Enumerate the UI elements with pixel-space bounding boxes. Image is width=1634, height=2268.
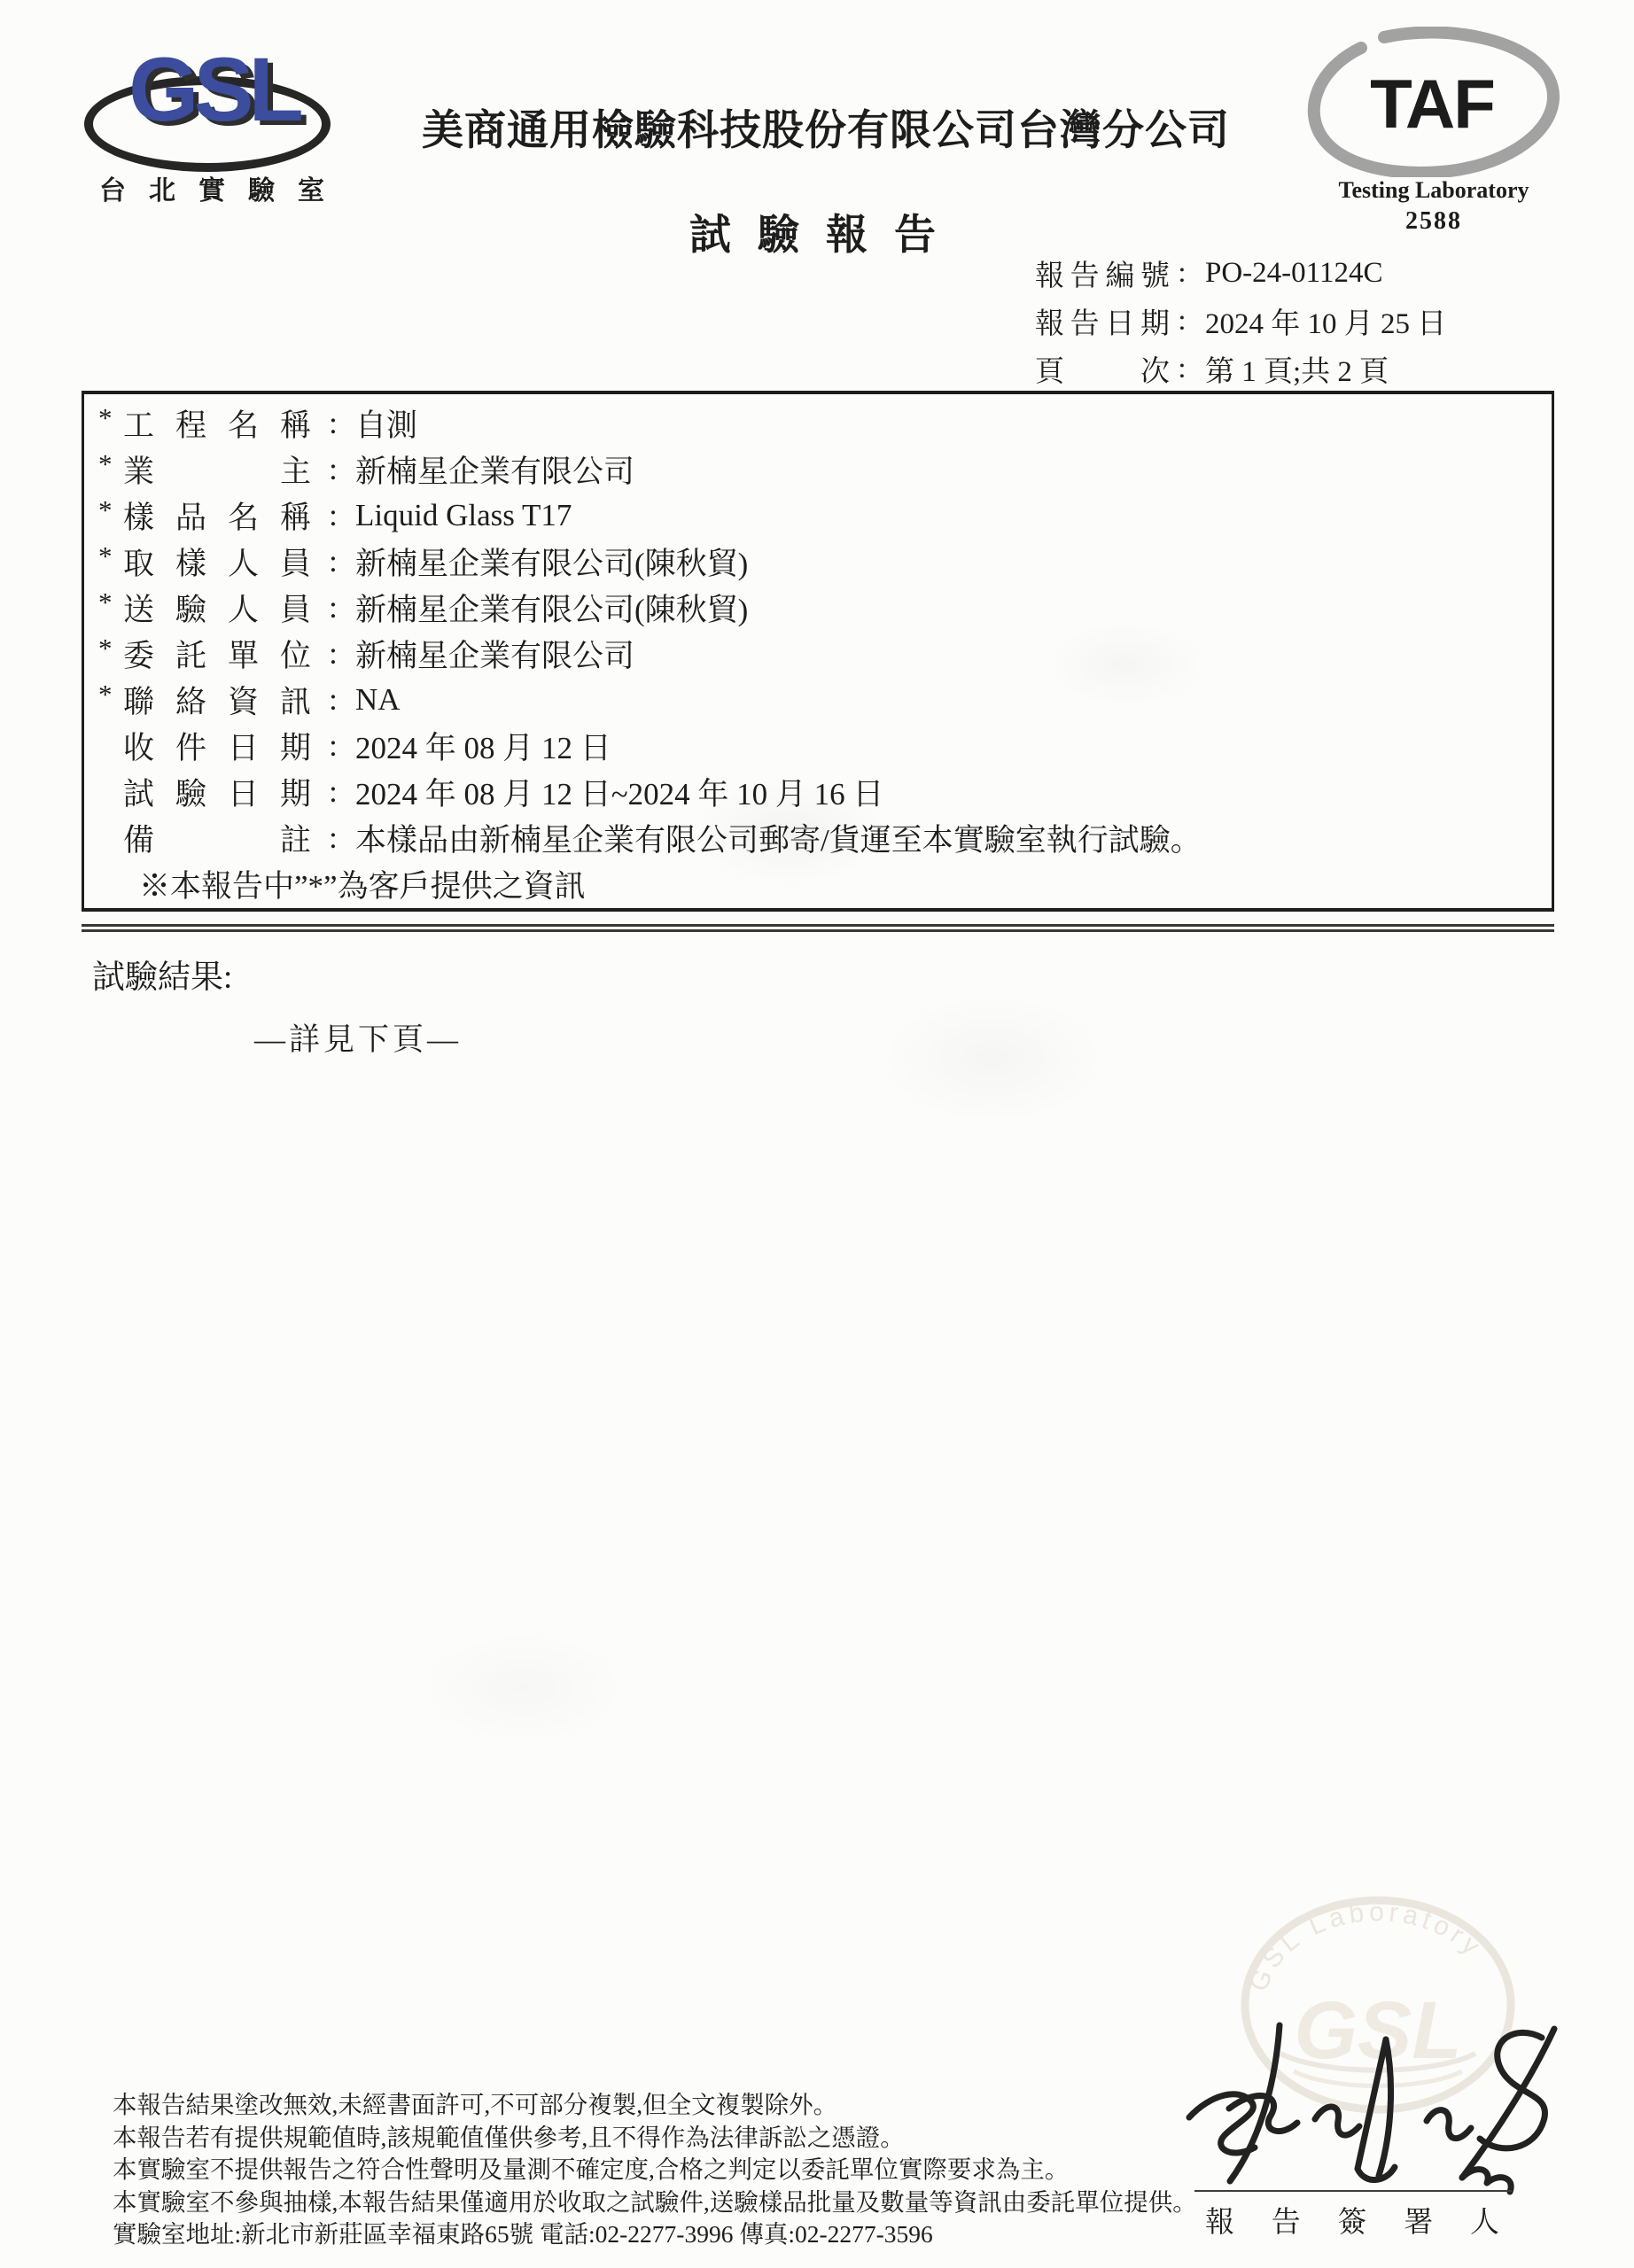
scan-blotch (416, 1630, 629, 1745)
sample-info-row: * 工程名稱 : 自測 (84, 400, 1552, 447)
sample-info-label: 業主 (123, 447, 311, 492)
sample-info-colon: : (311, 728, 355, 764)
taf-logo: TAF Testing Laboratory 2588 (1283, 25, 1593, 246)
taf-logo-text: TAF (1299, 64, 1565, 144)
results-heading: 試驗結果: (92, 950, 232, 998)
sample-info-colon: : (311, 774, 355, 810)
scanned-test-report-page: { "header": { "gsl": { "logo_text": "GSL… (0, 0, 1634, 2268)
sample-info-row: * 試驗日期 : 2024 年 08 月 12 日~2024 年 10 月 16… (84, 769, 1552, 815)
results-see-next-page: —詳見下頁— (254, 1015, 462, 1060)
asterisk-mark: * (84, 586, 123, 618)
report-info-label: 報告編號 (1035, 252, 1170, 294)
sample-info-value: 2024 年 08 月 12 日~2024 年 10 月 16 日 (355, 770, 1552, 814)
gsl-lab-name: 台北實驗室 (99, 168, 347, 207)
sample-info-value: 新楠星企業有限公司(陳秋貿) (355, 586, 1552, 630)
sample-info-row: * 聯絡資訊 : NA (84, 677, 1552, 723)
asterisk-mark: * (84, 679, 123, 711)
sample-info-colon: : (311, 820, 355, 856)
disclaimer-line: 本實驗室不參與抽樣,本報告結果僅適用於收取之試驗件,送驗樣品批量及數量等資訊由委… (113, 2186, 1197, 2219)
report-info-colon: : (1170, 257, 1194, 290)
signature-line (1194, 2190, 1512, 2192)
sample-info-colon: : (311, 544, 355, 579)
sample-info-row: * 委託單位 : 新楠星企業有限公司 (84, 631, 1552, 677)
sample-info-colon: : (311, 406, 355, 441)
sample-info-value: 自測 (355, 401, 1552, 446)
sample-info-label: 收件日期 (123, 724, 311, 768)
asterisk-note: ※本報告中”*”為客戶提供之資訊 (84, 861, 1552, 907)
taf-label: Testing Laboratory (1283, 177, 1584, 204)
sample-info-value: 2024 年 08 月 12 日 (355, 724, 1552, 768)
report-info-value: 第 1 頁;共 2 頁 (1205, 348, 1389, 390)
sample-info-label: 取樣人員 (123, 540, 311, 584)
sample-info-value: NA (355, 682, 1552, 718)
asterisk-mark: * (84, 402, 123, 434)
disclaimer-line: 本報告若有提供規範值時,該規範值僅供參考,且不得作為法律訴訟之憑證。 (113, 2122, 1197, 2155)
disclaimer-line: 本報告結果塗改無效,未經書面許可,不可部分複製,但全文複製除外。 (113, 2089, 1197, 2122)
scan-blotch (877, 992, 1108, 1125)
sample-info-row: * 樣品名稱 : Liquid Glass T17 (84, 493, 1552, 539)
report-info-block: 報告編號 : PO-24-01124C 報告日期 : 2024 年 10 月 2… (1035, 249, 1567, 392)
sample-info-colon: : (311, 452, 355, 487)
sample-info-colon: : (311, 636, 355, 672)
sample-info-label: 樣品名稱 (123, 493, 311, 538)
disclaimer-line: 本實驗室不提供報告之符合性聲明及量測不確定度,合格之判定以委託單位實際要求為主。 (113, 2154, 1197, 2186)
sample-info-colon: : (311, 682, 355, 718)
sample-info-value: 本樣品由新楠星企業有限公司郵寄/貨運至本實驗室執行試驗。 (355, 816, 1552, 860)
sample-info-label: 備註 (123, 816, 311, 860)
signature-handwriting (1180, 2020, 1561, 2202)
sample-info-label: 工程名稱 (123, 401, 311, 446)
sample-info-row: * 備註 : 本樣品由新楠星企業有限公司郵寄/貨運至本實驗室執行試驗。 (84, 815, 1552, 861)
report-info-label: 報告日期 (1035, 300, 1170, 342)
footer-disclaimers: 本報告結果塗改無效,未經書面許可,不可部分複製,但全文複製除外。 本報告若有提供… (113, 2089, 1197, 2251)
report-info-colon: : (1170, 353, 1194, 385)
double-rule-divider (82, 924, 1554, 932)
sample-info-label: 委託單位 (123, 632, 311, 676)
sample-info-value: Liquid Glass T17 (355, 498, 1552, 533)
report-info-row: 頁次 : 第 1 頁;共 2 頁 (1035, 345, 1567, 392)
asterisk-mark: * (84, 448, 123, 480)
gsl-logo: GSL (103, 44, 324, 135)
report-title: 試驗報告 (689, 202, 962, 261)
report-info-value: PO-24-01124C (1205, 257, 1382, 290)
taf-accreditation-number: 2588 (1283, 207, 1584, 236)
company-name-title: 美商通用檢驗科技股份有限公司台灣分公司 (422, 97, 1230, 157)
sample-info-value: 新楠星企業有限公司 (355, 632, 1552, 676)
report-info-colon: : (1170, 305, 1194, 338)
report-info-row: 報告編號 : PO-24-01124C (1035, 249, 1567, 297)
report-info-label: 頁次 (1035, 348, 1170, 390)
asterisk-mark: * (84, 494, 123, 526)
sample-info-row: * 送驗人員 : 新楠星企業有限公司(陳秋貿) (84, 585, 1552, 631)
sample-info-row: * 取樣人員 : 新楠星企業有限公司(陳秋貿) (84, 539, 1552, 585)
asterisk-mark: * (84, 633, 123, 664)
report-info-row: 報告日期 : 2024 年 10 月 25 日 (1035, 297, 1567, 345)
sample-info-value: 新楠星企業有限公司 (355, 447, 1552, 492)
signature-caption: 報告簽署人 (1205, 2199, 1499, 2241)
disclaimer-line: 實驗室地址:新北市新莊區幸福東路65號 電話:02-2277-3996 傳真:0… (113, 2218, 1197, 2251)
sample-info-row: * 收件日期 : 2024 年 08 月 12 日 (84, 723, 1552, 769)
svg-text:GSL Laboratory: GSL Laboratory (1243, 1898, 1488, 1996)
watermark-arc-text: GSL Laboratory (1243, 1898, 1488, 1996)
sample-info-label: 送驗人員 (123, 586, 311, 630)
sample-info-colon: : (311, 590, 355, 625)
sample-info-colon: : (311, 498, 355, 533)
report-info-value: 2024 年 10 月 25 日 (1205, 300, 1446, 342)
sample-info-value: 新楠星企業有限公司(陳秋貿) (355, 540, 1552, 584)
sample-info-box: * 工程名稱 : 自測 * 業主 : 新楠星企業有限公司 * 樣品名稱 : Li… (82, 391, 1554, 912)
sample-info-label: 聯絡資訊 (123, 678, 311, 722)
sample-info-row: * 業主 : 新楠星企業有限公司 (84, 447, 1552, 493)
sample-info-label: 試驗日期 (123, 770, 311, 814)
asterisk-mark: * (84, 540, 123, 572)
